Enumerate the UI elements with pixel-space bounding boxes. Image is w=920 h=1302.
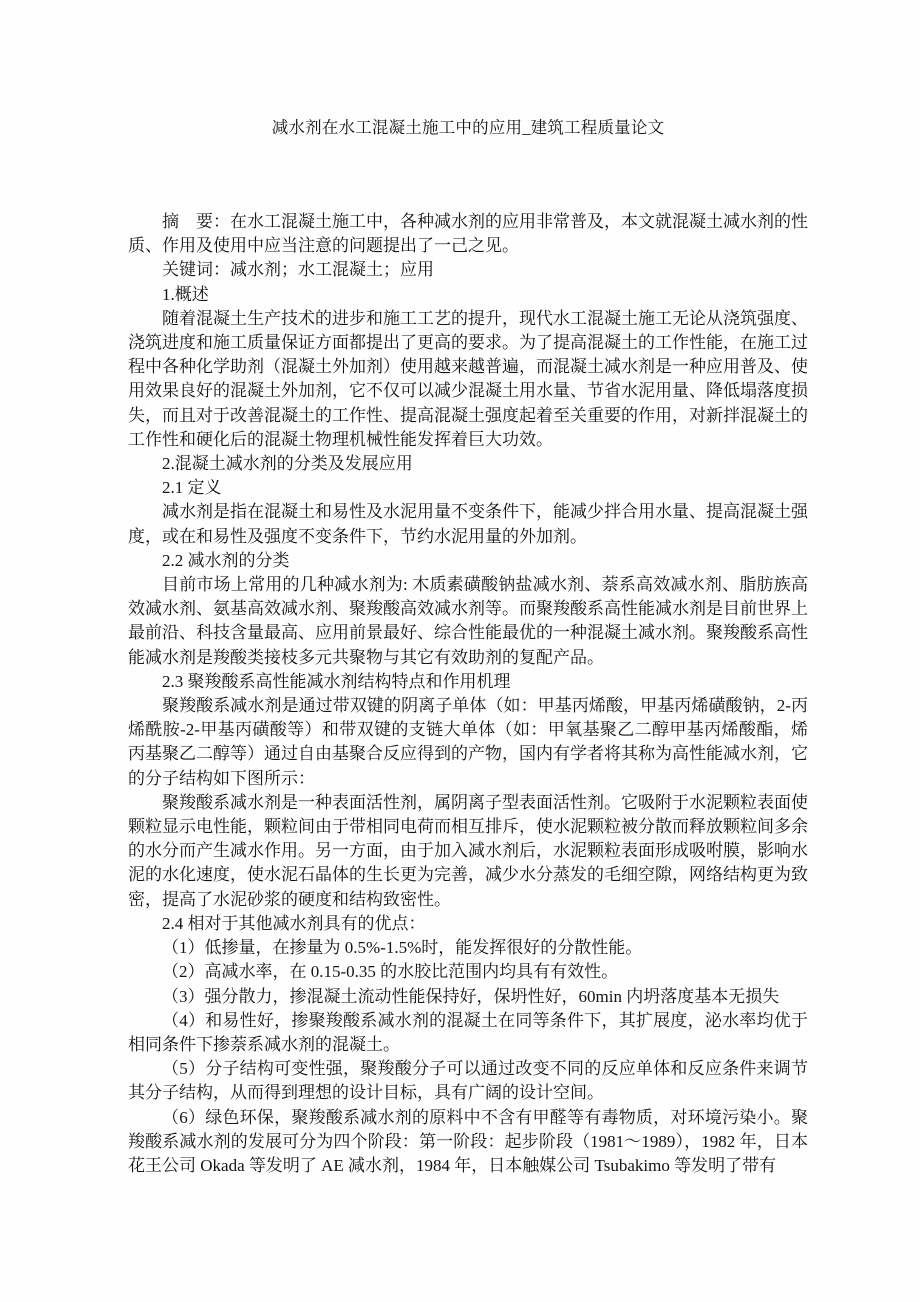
paragraph-advantage-6: （6）绿色环保，聚羧酸系减水剂的原料中不含有甲醛等有毒物质，对环境污染小。聚羧酸… xyxy=(128,1106,808,1179)
paragraph-keywords: 关键词：减水剂；水工混凝土；应用 xyxy=(128,258,808,282)
document-body: 摘 要：在水工混凝土施工中，各种减水剂的应用非常普及，本文就混凝土减水剂的性质、… xyxy=(128,210,808,1178)
paragraph-advantage-1: （1）低掺量，在掺量为 0.5%-1.5%时，能发挥很好的分散性能。 xyxy=(128,936,808,960)
paragraph-heading-2-3: 2.3 聚羧酸系高性能减水剂结构特点和作用机理 xyxy=(128,670,808,694)
paragraph-advantage-3: （3）强分散力，掺混凝土流动性能保持好，保坍性好，60min 内坍落度基本无损失 xyxy=(128,985,808,1009)
document-page: 减水剂在水工混凝土施工中的应用_建筑工程质量论文 摘 要：在水工混凝土施工中，各… xyxy=(0,0,920,1302)
paragraph-heading-2-4: 2.4 相对于其他减水剂具有的优点： xyxy=(128,912,808,936)
paragraph-heading-2-2: 2.2 减水剂的分类 xyxy=(128,549,808,573)
paragraph-heading-2-1: 2.1 定义 xyxy=(128,476,808,500)
paragraph-para-2-2: 目前市场上常用的几种减水剂为: 木质素磺酸钠盐减水剂、萘系高效减水剂、脂肪族高效… xyxy=(128,573,808,670)
paragraph-advantage-2: （2）高减水率，在 0.15-0.35 的水胶比范围内均具有有效性。 xyxy=(128,960,808,984)
paragraph-para-2-3b: 聚羧酸系减水剂是一种表面活性剂，属阴离子型表面活性剂。它吸附于水泥颗粒表面使颗粒… xyxy=(128,791,808,912)
paragraph-para-1-1: 随着混凝土生产技术的进步和施工工艺的提升，现代水工混凝土施工无论从浇筑强度、浇筑… xyxy=(128,307,808,452)
paragraph-advantage-4: （4）和易性好，掺聚羧酸系减水剂的混凝土在同等条件下，其扩展度，泌水率均优于相同… xyxy=(128,1009,808,1057)
paragraph-heading-1: 1.概述 xyxy=(128,283,808,307)
document-title: 减水剂在水工混凝土施工中的应用_建筑工程质量论文 xyxy=(128,116,808,140)
paragraph-advantage-5: （5）分子结构可变性强，聚羧酸分子可以通过改变不同的反应单体和反应条件来调节其分… xyxy=(128,1057,808,1105)
paragraph-heading-2: 2.混凝土减水剂的分类及发展应用 xyxy=(128,452,808,476)
paragraph-abstract: 摘 要：在水工混凝土施工中，各种减水剂的应用非常普及，本文就混凝土减水剂的性质、… xyxy=(128,210,808,258)
paragraph-para-2-3a: 聚羧酸系减水剂是通过带双键的阴离子单体（如：甲基丙烯酸，甲基丙烯磺酸钠，2-丙烯… xyxy=(128,694,808,791)
paragraph-para-2-1: 减水剂是指在混凝土和易性及水泥用量不变条件下，能减少拌合用水量、提高混凝土强度，… xyxy=(128,500,808,548)
